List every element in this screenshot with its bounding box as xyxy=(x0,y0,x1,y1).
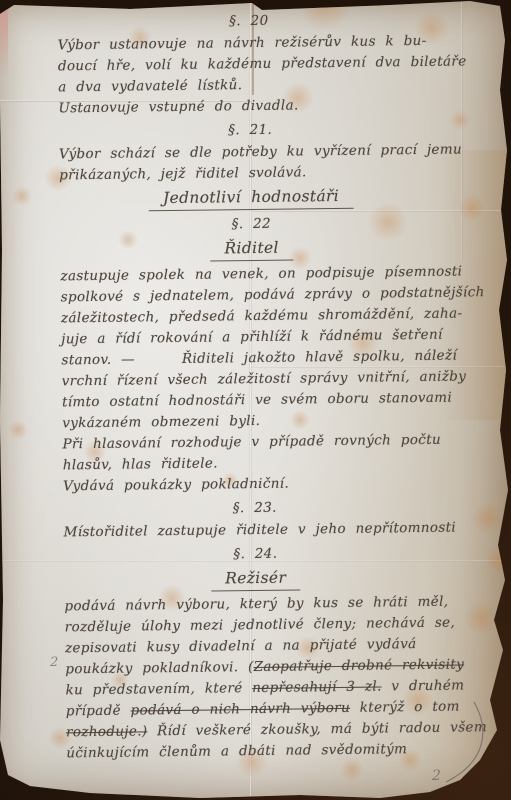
manuscript-line: Vydává poukázky pokladniční. xyxy=(63,471,486,497)
section-title-underlined: Jednotliví hodnostáři xyxy=(149,185,353,211)
pencil-margin-mark: 2 xyxy=(50,655,58,670)
handwritten-text: zepisovati kusy divadelní a na přijaté v… xyxy=(65,636,417,656)
handwritten-text: vykázaném obmezeni byli. xyxy=(62,413,260,431)
manuscript-line: Místořiditel zastupuje řiditele v jeho n… xyxy=(63,517,486,543)
struck-text: rozhoduje.) xyxy=(66,723,148,740)
manuscript-paper: §. 20Výbor ustanovuje na návrh režisérův… xyxy=(0,0,511,800)
section-number: §. 24. xyxy=(44,540,467,567)
handwritten-text: Výbor schází se dle potřeby ku vyřízení … xyxy=(59,141,462,162)
handwritten-text: záležitostech, předsedá každému shromážd… xyxy=(61,305,463,326)
handwritten-text: rozděluje úlohy mezi jednotlivé členy; n… xyxy=(65,615,456,636)
handwritten-text: Místořiditel zastupuje řiditele v jeho n… xyxy=(64,520,457,541)
struck-text: Zaopatřuje drobné rekvisity xyxy=(254,656,465,675)
handwritten-text: případě xyxy=(66,703,131,720)
handwritten-text: Při hlasování rozhoduje v případě rovnýc… xyxy=(62,432,441,453)
section-title-underlined: Režisér xyxy=(211,566,300,591)
handwritten-text: Ustanovuje vstupné do divadla. xyxy=(58,97,298,116)
handwritten-text: hlasův, hlas řiditele. xyxy=(63,455,218,473)
handwritten-text: stanov. — Řiditeli jakožto hlavě spolku,… xyxy=(61,348,457,369)
handwritten-text: podává návrh výboru, který by kus se hrá… xyxy=(64,594,448,615)
manuscript-line: účinkujícím členům a dbáti nad svědomitý… xyxy=(66,738,489,764)
handwritten-text: a dva vydavatelé lístků. xyxy=(58,77,242,95)
handwritten-text: spolkové s jednatelem, podává zprávy o p… xyxy=(61,284,485,305)
pencil-flourish xyxy=(428,698,488,788)
section-title-underlined: Řiditel xyxy=(210,237,293,262)
manuscript-line: Ustanovuje vstupné do divadla. xyxy=(58,93,481,119)
struck-text: podává o nich návrh výboru xyxy=(131,700,351,719)
handwritten-text: poukázky pokladníkovi. ( xyxy=(65,659,254,677)
handwritten-text: účinkujícím členům a dbáti nad svědomitý… xyxy=(66,741,407,761)
handwritten-text: tímto ostatní hodnostáři ve svém oboru s… xyxy=(62,390,452,411)
manuscript-text: §. 20Výbor ustanovuje na návrh režisérův… xyxy=(0,0,511,800)
handwritten-text: vrchní řízení všech záležitostí správy v… xyxy=(62,368,467,389)
handwritten-text: zastupuje spolek na venek, on podpisuje … xyxy=(60,263,462,284)
handwritten-text: v druhém xyxy=(382,677,465,694)
handwritten-text: doucí hře, volí ku každému představení d… xyxy=(58,53,467,74)
section-number: §. 22 xyxy=(40,210,463,237)
manuscript-line: přikázaných, jejž řiditel svolává. xyxy=(59,160,482,186)
handwritten-text: juje a řídí rokování a přihlíží k řádném… xyxy=(61,327,443,348)
handwritten-text: přikázaných, jejž řiditel svolává. xyxy=(59,164,307,183)
handwritten-text: ku představením, které xyxy=(65,680,252,698)
photo-background: §. 20Výbor ustanovuje na návrh režisérův… xyxy=(0,0,511,800)
handwritten-text: Vydává poukázky pokladniční. xyxy=(63,476,289,495)
struck-text: nepřesahují 3 zl. xyxy=(252,678,382,696)
handwritten-text: Výbor ustanovuje na návrh režisérův kus … xyxy=(58,33,427,54)
